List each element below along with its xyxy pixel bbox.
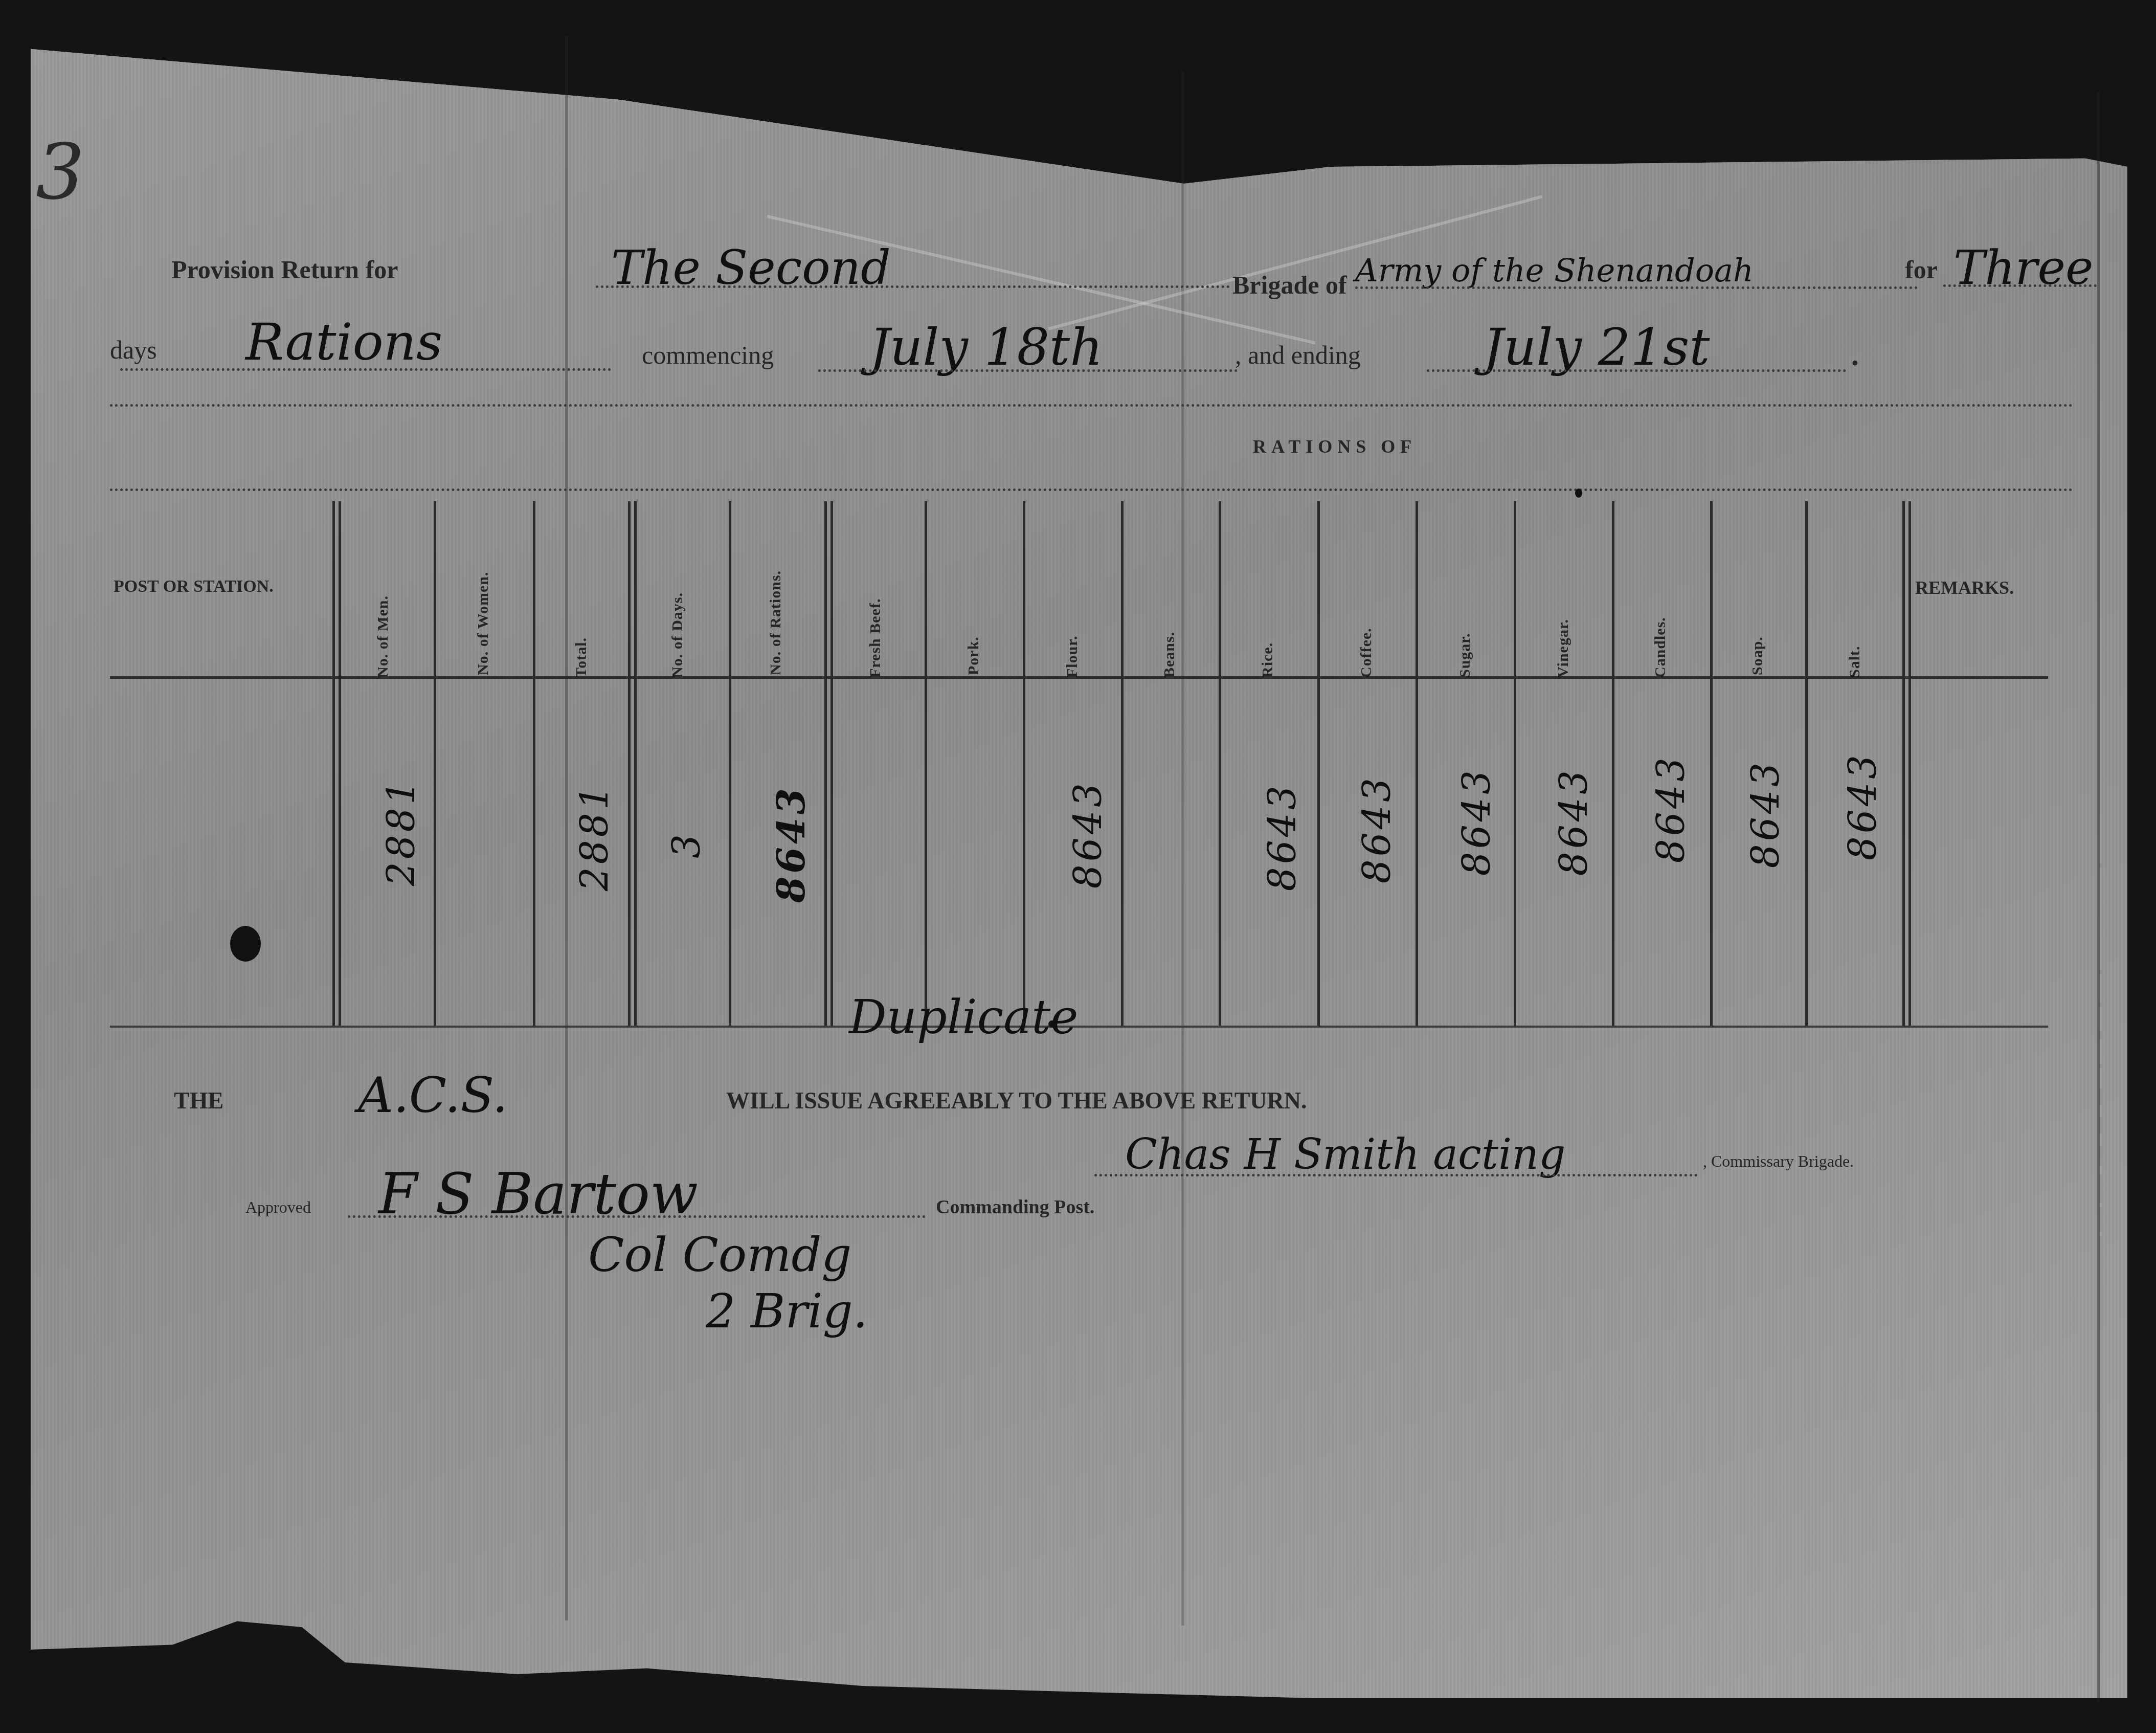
column-divider [1710, 501, 1713, 1026]
commencing-label: commencing [642, 340, 774, 370]
column-divider [1219, 501, 1221, 1026]
col-header-soap: Soap. [1749, 611, 1766, 675]
ink-blot [230, 926, 261, 962]
issuer-value: A.C.S. [358, 1067, 508, 1124]
table-bottom-rule [110, 1026, 2048, 1028]
column-divider [339, 501, 341, 1026]
col-header-candles: Candles. [1652, 575, 1669, 678]
col-header-sugar: Sugar. [1456, 601, 1474, 678]
column-divider [925, 501, 927, 1026]
col-header-coffee: Coffee. [1358, 591, 1375, 678]
cell-sugar: 8643 [1455, 767, 1499, 876]
approved-label: Approved [245, 1198, 311, 1217]
cell-salt: 8643 [1841, 752, 1885, 860]
column-divider [1514, 501, 1516, 1026]
col-header-men: No. of Men. [374, 540, 392, 678]
col-header-remarks: REMARKS. [1915, 577, 2014, 598]
cell-candles: 8643 [1649, 754, 1693, 863]
ration-type-underline [120, 368, 611, 371]
fold-mark [2097, 92, 2100, 1702]
fold-mark [1181, 72, 1184, 1626]
commanding-post-label: Commanding Post. [936, 1196, 1094, 1218]
days-count-underline [1943, 284, 2097, 287]
margin-mark: 3 [36, 128, 84, 217]
cell-total: 2881 [573, 783, 617, 891]
column-divider [628, 501, 631, 1026]
col-header-post-station: POST OR STATION. [114, 577, 274, 596]
col-header-salt: Salt. [1846, 614, 1863, 678]
cell-coffee: 8643 [1355, 775, 1399, 883]
column-divider [1416, 501, 1418, 1026]
army-underline [1355, 286, 1918, 289]
col-header-fresh-beef: Fresh Beef. [867, 540, 884, 678]
column-divider [1121, 501, 1124, 1026]
duplicate-note: Duplicate [849, 990, 1079, 1045]
column-divider [1317, 501, 1320, 1026]
cell-rice: 8643 [1261, 783, 1305, 891]
ending-period: . [1851, 338, 1859, 373]
ending-label: , and ending [1235, 340, 1361, 370]
col-header-rations: No. of Rations. [767, 501, 784, 675]
column-divider [1805, 501, 1808, 1026]
approval-annotation-unit: 2 Brig. [706, 1284, 868, 1339]
cell-days: 3 [665, 831, 709, 858]
fold-mark [565, 36, 568, 1620]
col-header-pork: Pork. [965, 611, 982, 675]
rations-of-label: RATIONS OF [1253, 436, 1417, 457]
commissary-signature: Chas H Smith acting [1125, 1130, 1565, 1179]
column-divider [634, 501, 637, 1026]
the-label: THE [174, 1087, 223, 1114]
col-header-beans: Beans. [1161, 601, 1178, 678]
commissary-title: , Commissary Brigade. [1703, 1152, 1854, 1171]
column-divider [434, 501, 436, 1026]
col-header-rice: Rice. [1259, 616, 1276, 678]
col-header-days: No. of Days. [669, 540, 686, 678]
approval-annotation-rank: Col Comdg [588, 1228, 851, 1282]
column-divider [332, 501, 335, 1026]
col-header-vinegar: Vinegar. [1555, 575, 1572, 678]
header-separator [110, 404, 2074, 407]
col-header-total: Total. [573, 601, 590, 678]
column-divider [830, 501, 833, 1026]
brigade-of-label: Brigade of [1232, 270, 1347, 300]
commencing-underline [818, 369, 1238, 372]
column-divider [533, 501, 535, 1026]
commencing-date-value: July 18th [869, 317, 1103, 377]
army-value: Army of the Shenandoah [1355, 252, 1754, 289]
col-header-women: No. of Women. [475, 517, 492, 675]
issue-statement: WILL ISSUE AGREEABLY TO THE ABOVE RETURN… [726, 1087, 1307, 1114]
cell-men: 2881 [379, 777, 423, 886]
column-divider [1612, 501, 1614, 1026]
cell-soap: 8643 [1744, 760, 1788, 868]
ending-underline [1427, 369, 1846, 372]
ration-type-value: Rations [245, 312, 442, 372]
ink-dot [1575, 488, 1582, 498]
cell-rations: 8643 [770, 785, 814, 903]
table-top-rule [110, 488, 2074, 491]
unit-value: The Second [611, 240, 891, 295]
ending-date-value: July 21st [1483, 317, 1710, 377]
cell-vinegar: 8643 [1552, 767, 1596, 876]
column-divider [1908, 501, 1911, 1026]
approval-underline [348, 1215, 926, 1218]
column-divider [1023, 501, 1025, 1026]
days-label: days [110, 335, 157, 365]
column-divider [824, 501, 827, 1026]
col-header-flour: Flour. [1064, 596, 1081, 678]
column-divider [729, 501, 731, 1026]
column-divider [1902, 501, 1905, 1026]
provision-return-label: Provision Return for [171, 255, 398, 284]
commissary-underline [1094, 1174, 1698, 1176]
cell-flour: 8643 [1066, 780, 1110, 888]
for-label: for [1905, 255, 1938, 284]
